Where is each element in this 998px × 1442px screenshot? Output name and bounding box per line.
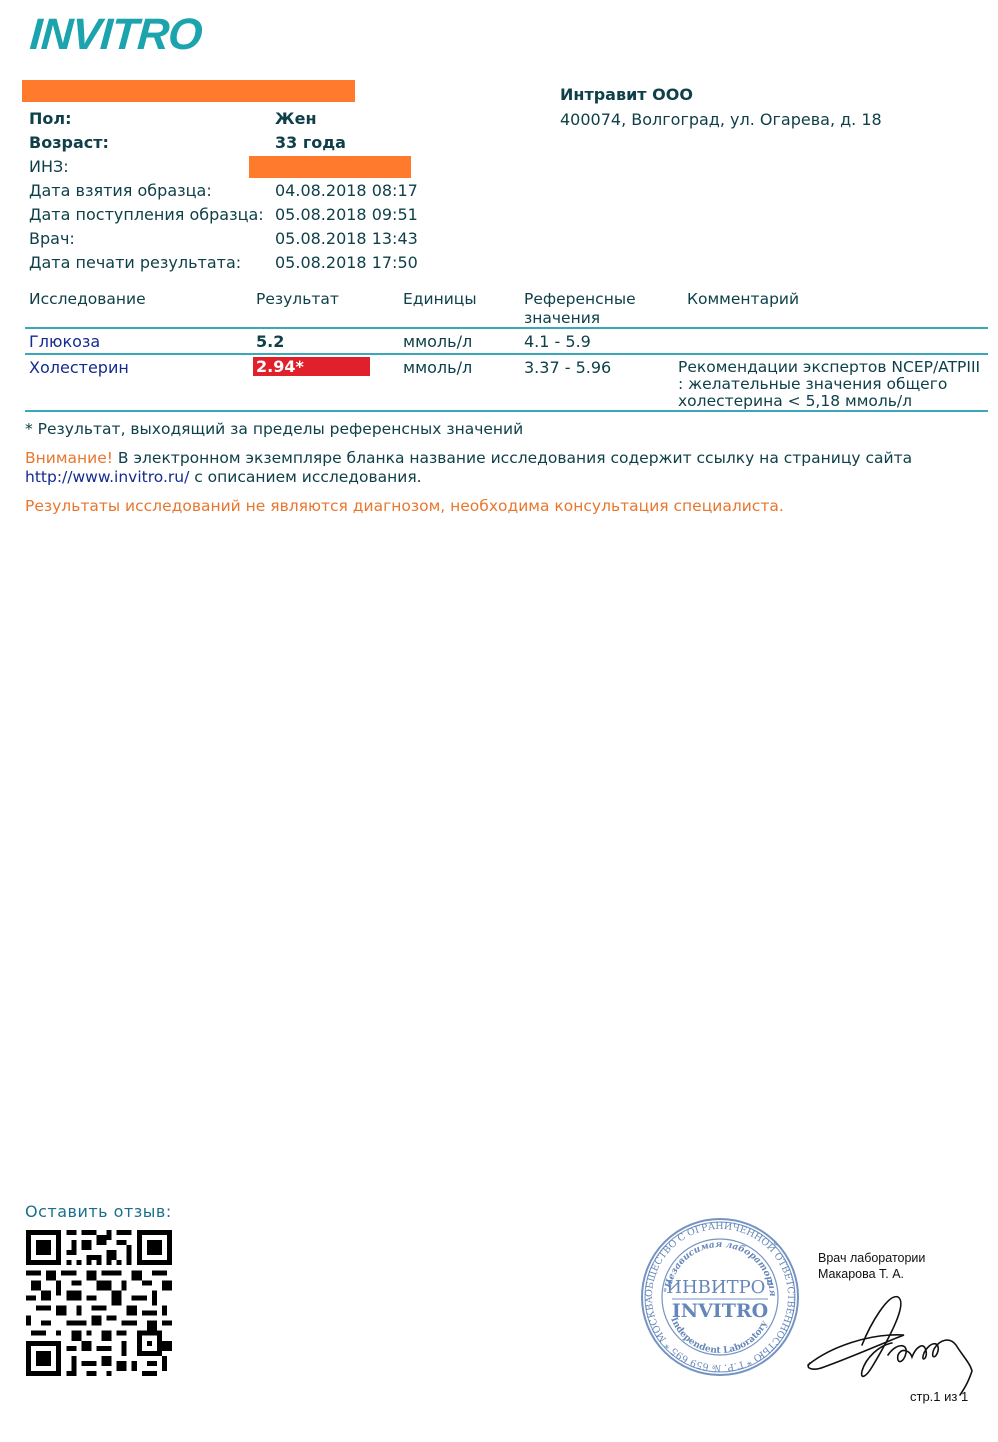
- header-units: Единицы: [403, 290, 477, 308]
- units-value: ммоль/л: [403, 332, 472, 351]
- disclaimer: Результаты исследований не являются диаг…: [25, 497, 784, 515]
- site-link-line: http://www.invitro.ru/ с описанием иссле…: [25, 468, 422, 486]
- stamp-center-ru: ИНВИТРО": [666, 1277, 773, 1298]
- lab-stamp-icon: ОБЩЕСТВО С ОГРАНИЧЕННОЙ ОТВЕТСТВЕННОСТЬЮ…: [640, 1215, 800, 1380]
- age-value: 33 года: [275, 133, 346, 152]
- svg-text:Independent Laboratory: Independent Laboratory: [668, 1316, 770, 1356]
- signature-icon: [800, 1285, 980, 1400]
- attention-label: Внимание!: [25, 449, 113, 467]
- age-label: Возраст:: [29, 133, 109, 152]
- sex-label: Пол:: [29, 109, 72, 128]
- feedback-label: Оставить отзыв:: [25, 1202, 172, 1221]
- stamp-inner-bottom: Independent Laboratory: [668, 1316, 770, 1356]
- header-result: Результат: [256, 290, 339, 308]
- qr-code-icon[interactable]: [26, 1230, 172, 1376]
- reference-value: 4.1 - 5.9: [524, 332, 591, 351]
- table-divider: [25, 327, 988, 329]
- invitro-logo: INVITRO: [28, 10, 203, 60]
- lab-address: 400074, Волгоград, ул. Огарева, д. 18: [560, 110, 882, 129]
- inz-label: ИНЗ:: [29, 157, 69, 176]
- sample-received-value: 05.08.2018 09:51: [275, 205, 418, 224]
- header-reference-2: значения: [524, 309, 600, 327]
- sample-taken-value: 04.08.2018 08:17: [275, 181, 418, 200]
- attention-text: В электронном экземпляре бланка название…: [113, 449, 912, 467]
- sample-received-label: Дата поступления образца:: [29, 205, 264, 224]
- sample-taken-label: Дата взятия образца:: [29, 181, 212, 200]
- sex-value: Жен: [275, 109, 317, 128]
- doctor-value: 05.08.2018 13:43: [275, 229, 418, 248]
- print-date-value: 05.08.2018 17:50: [275, 253, 418, 272]
- table-divider: [25, 353, 988, 355]
- doctor-title: Врач лаборатории: [818, 1250, 925, 1266]
- header-comment: Комментарий: [687, 290, 799, 308]
- stamp-center-en: INVITRO: [672, 1300, 768, 1322]
- header-reference: Референсные: [524, 290, 636, 308]
- inz-value-redacted: [249, 156, 411, 178]
- result-value-flagged: 2.94*: [253, 357, 370, 376]
- print-date-label: Дата печати результата:: [29, 253, 241, 272]
- lab-name: Интравит ООО: [560, 85, 693, 104]
- patient-name-redacted: [22, 80, 355, 102]
- result-value: 5.2: [256, 332, 284, 351]
- units-value: ммоль/л: [403, 358, 472, 377]
- reference-value: 3.37 - 5.96: [524, 358, 611, 377]
- test-name-link[interactable]: Холестерин: [29, 358, 129, 377]
- footnote: * Результат, выходящий за пределы рефере…: [25, 420, 523, 438]
- header-test: Исследование: [29, 290, 146, 308]
- doctor-signature-block: Врач лаборатории Макарова Т. А.: [818, 1250, 925, 1282]
- site-link-suffix: с описанием исследования.: [189, 468, 421, 486]
- page-number: стр.1 из 1: [910, 1389, 968, 1404]
- comment-text: Рекомендации экспертов NCEP/ATPIII : жел…: [678, 359, 988, 410]
- doctor-label: Врач:: [29, 229, 75, 248]
- table-divider: [25, 410, 988, 412]
- site-link[interactable]: http://www.invitro.ru/: [25, 468, 189, 486]
- test-name-link[interactable]: Глюкоза: [29, 332, 100, 351]
- doctor-name: Макарова Т. А.: [818, 1266, 925, 1282]
- attention-note: Внимание! В электронном экземпляре бланк…: [25, 449, 912, 467]
